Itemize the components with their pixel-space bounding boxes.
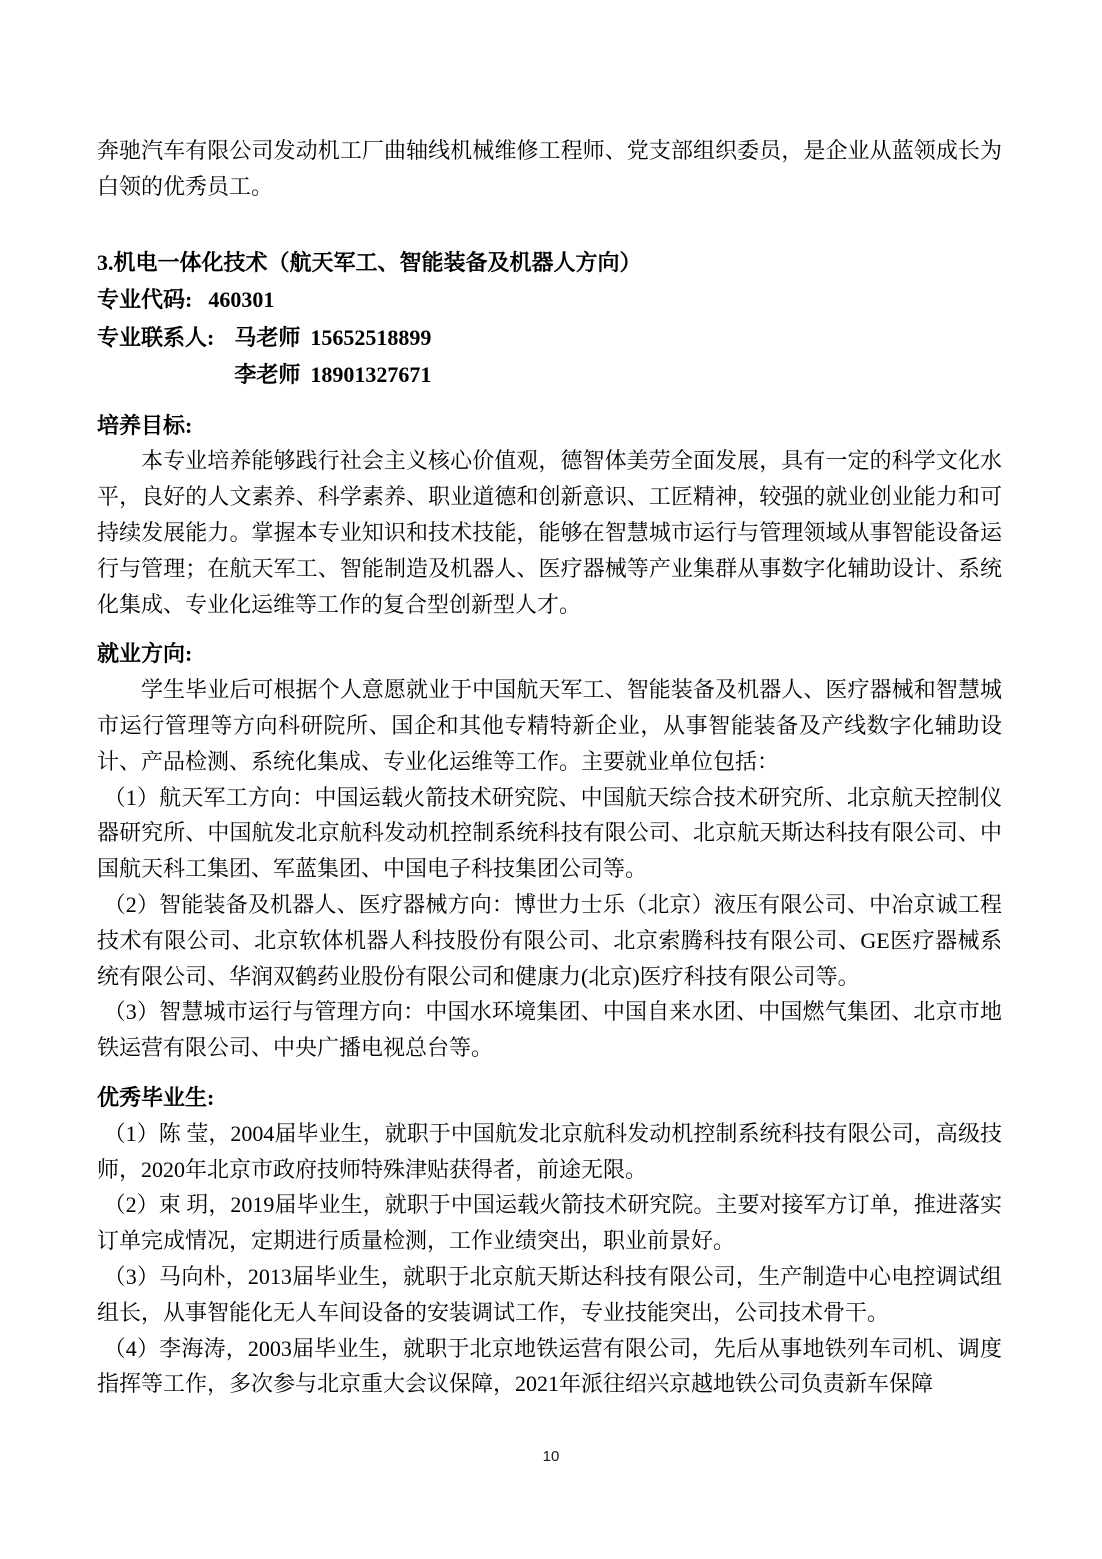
objectives-body: 本专业培养能够践行社会主义核心价值观，德智体美劳全面发展，具有一定的科学文化水平… <box>97 443 1002 622</box>
graduate-item-4: （4）李海涛，2003届毕业生，就职于北京地铁运营有限公司，先后从事地铁列车司机… <box>97 1331 1002 1403</box>
contact-list: 马老师15652518899 李老师18901327671 <box>234 319 431 394</box>
program-contact-line: 专业联系人: 马老师15652518899 李老师18901327671 <box>97 319 1002 394</box>
contact-phone: 15652518899 <box>310 325 431 350</box>
employment-heading: 就业方向: <box>97 636 1002 672</box>
employment-item-smart-equipment: （2）智能装备及机器人、医疗器械方向：博世力士乐（北京）液压有限公司、中冶京诚工… <box>97 887 1002 994</box>
graduate-item-2: （2）束 玥，2019届毕业生，就职于中国运载火箭技术研究院。主要对接军方订单，… <box>97 1187 1002 1259</box>
program-code-value: 460301 <box>208 281 274 319</box>
graduate-item-3: （3）马向朴，2013届毕业生，就职于北京航天斯达科技有限公司，生产制造中心电控… <box>97 1259 1002 1331</box>
page-number: 10 <box>0 1448 1102 1466</box>
employment-item-aerospace: （1）航天军工方向：中国运载火箭技术研究院、中国航天综合技术研究所、北京航天控制… <box>97 780 1002 887</box>
program-title: 3.机电一体化技术（航天军工、智能装备及机器人方向） <box>97 244 1002 282</box>
program-code-line: 专业代码: 460301 <box>97 281 1002 319</box>
objectives-heading: 培养目标: <box>97 408 1002 444</box>
section-objectives: 培养目标: 本专业培养能够践行社会主义核心价值观，德智体美劳全面发展，具有一定的… <box>97 408 1002 623</box>
program-header: 3.机电一体化技术（航天军工、智能装备及机器人方向） 专业代码: 460301 … <box>97 244 1002 394</box>
section-graduates: 优秀毕业生: （1）陈 莹，2004届毕业生，就职于中国航发北京航科发动机控制系… <box>97 1080 1002 1402</box>
graduates-heading: 优秀毕业生: <box>97 1080 1002 1116</box>
contact-name: 马老师 <box>234 325 300 350</box>
contact-name: 李老师 <box>234 362 300 387</box>
employment-item-smart-city: （3）智慧城市运行与管理方向：中国水环境集团、中国自来水团、中国燃气集团、北京市… <box>97 994 1002 1066</box>
program-contact-label: 专业联系人: <box>97 319 214 357</box>
graduate-item-1: （1）陈 莹，2004届毕业生，就职于中国航发北京航科发动机控制系统科技有限公司… <box>97 1116 1002 1188</box>
document-page: 奔驰汽车有限公司发动机工厂曲轴线机械维修工程师、党支部组织委员，是企业从蓝领成长… <box>0 0 1102 1559</box>
section-employment: 就业方向: 学生毕业后可根据个人意愿就业于中国航天军工、智能装备及机器人、医疗器… <box>97 636 1002 1066</box>
contact-entry: 马老师15652518899 <box>234 319 431 357</box>
contact-entry: 李老师18901327671 <box>234 356 431 394</box>
continuation-paragraph: 奔驰汽车有限公司发动机工厂曲轴线机械维修工程师、党支部组织委员，是企业从蓝领成长… <box>97 133 1002 205</box>
employment-intro: 学生毕业后可根据个人意愿就业于中国航天军工、智能装备及机器人、医疗器械和智慧城市… <box>97 672 1002 779</box>
program-code-label: 专业代码: <box>97 281 192 319</box>
contact-phone: 18901327671 <box>310 362 431 387</box>
